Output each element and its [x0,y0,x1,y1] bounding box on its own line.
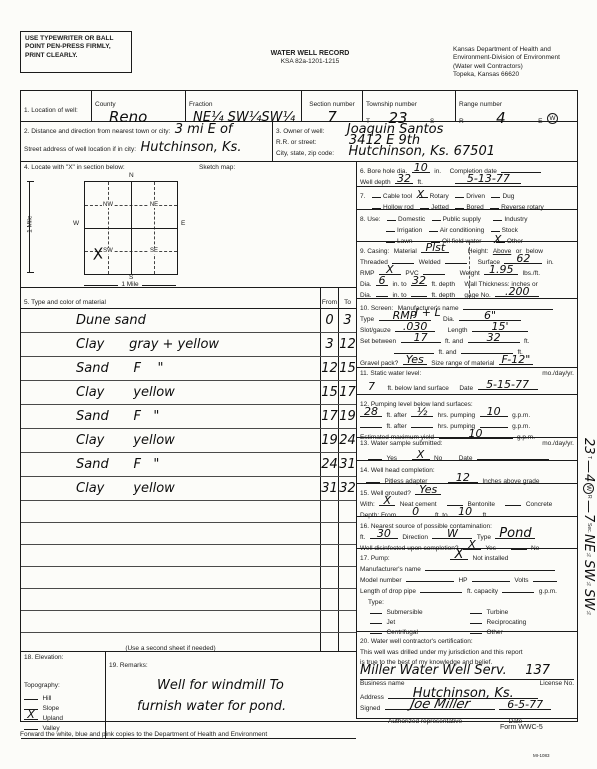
margin-section-value: 7 [581,514,596,522]
method-rotary: Rotary [430,193,449,200]
screen-slot-label: Slot/gauze [360,327,391,334]
sketch-map-label: Sketch map: [199,164,235,172]
margin-location-note: 23 T — 4 W R — 7 Sec. NE ¼ SW ¼ SW ¼ [581,438,596,617]
instruction-box: USE TYPEWRITER OR BALL POINT PEN-PRESS F… [20,31,132,73]
material-row: Sand F " 17 19 [21,405,356,429]
section-17-pump: 17. Pump: X Not installed Manufacturer's… [357,549,577,632]
margin-range-value: 4 [581,474,596,482]
pump-label: 17. Pump: [360,555,390,562]
date-format-label: mo./day/yr. [542,440,574,451]
section-8-use: 8. Use: Domestic Public supply Industry … [357,210,577,242]
contamination-type-value: Pond [495,529,535,539]
from-value: 31 [321,481,338,496]
margin-w-circled: W [583,483,594,494]
use-public-supply: Public supply [443,216,481,223]
gage-value: .200 [495,287,539,297]
casing-dia-label: Dia. [360,281,372,288]
screen-set-to: 32 [468,333,520,343]
material-value: Sand F " [76,361,164,376]
use-number: 8. Use: [360,216,381,223]
north-label: N [129,172,134,180]
nw-label: NW [102,202,114,208]
authorized-representative-label: Authorized representative [388,718,462,725]
borehole-dia-value: 10 [412,163,430,173]
agency-line: Kansas Department of Health and [453,46,593,54]
east-label: E [181,220,185,228]
static-level-value: 7 [368,380,375,393]
water-well-record-form: USE TYPEWRITER OR BALL POINT PEN-PRESS F… [0,0,597,769]
west-label: W [73,220,79,228]
rotary-x-mark: X [417,190,425,200]
certification-label: 20. Water well contractor's certificatio… [360,638,473,645]
county-label: County [95,101,116,108]
gravel-pack-value: Yes [403,355,427,365]
range-cell: Range number R 4 E W [456,91,577,121]
distance-value: 3 mi E of [175,122,233,137]
material-row: Sand F " 24 31 [21,453,356,477]
material-value: Clay gray + yellow [76,337,219,352]
location-label: 1. Location of well: [24,107,78,115]
fraction-label: Fraction [189,101,212,108]
hrs-pumping-label: hrs. pumping [438,412,476,419]
use-air-conditioning: Air conditioning [440,227,484,234]
from-header: From [322,299,337,306]
to-value: 24 [339,433,356,448]
below-land-label: ft. below land surface [387,385,448,392]
section-5-materials: 5. Type and color of material From To Du… [21,288,356,652]
center-line [85,228,177,229]
row-location: 1. Location of well: County Reno Fractio… [21,91,577,122]
city-value: Hutchinson, Ks. 67501 [349,144,496,159]
material-value: Clay yellow [76,433,175,448]
date-label: Date [459,385,473,392]
from-value: 15 [321,385,338,400]
material-value: Sand F " [76,409,159,424]
to-value: 3 [343,313,351,328]
section-4-locate: 4. Locate with "X" in section below: Ske… [21,162,356,288]
margin-dash: — [581,460,596,473]
section-10-screen: 10. Screen: Manufacturer's name J + L Ty… [357,299,577,368]
from-value: 3 [325,337,333,352]
materials-label: 5. Type and color of material [24,299,106,306]
casing-depth-value: 32 [411,276,427,286]
signature-value: Joe Miller [384,700,496,710]
from-value: 0 [325,313,333,328]
method-driven: Driven [466,193,485,200]
capacity-label: ft. capacity [467,588,498,595]
blank-material-row [21,501,356,523]
topo-upland-x-mark: X [24,710,38,720]
completion-date-value: 5-13-77 [455,174,521,184]
margin-t-label: T [585,456,592,459]
grout-to-value: 10 [452,507,478,517]
business-name-value: Miller Water Well Serv. [360,663,507,678]
distance-label: 2. Distance and direction from nearest t… [24,128,170,135]
section-18-elevation: 18. Elevation: Topography: Hill Slope X … [21,652,106,738]
not-installed-label: Not installed [473,555,509,562]
use-irrigation: Irrigation [397,227,422,234]
pumping-depth-value: 28 [360,407,382,417]
to-value: 15 [339,361,356,376]
date-format-label: mo./day/yr. [542,370,574,381]
blank-material-row [21,523,356,545]
township-cell: Township number T 23 S [363,91,456,121]
to-value: 12 [339,337,356,352]
blank-material-row [21,611,356,633]
material-row: Clay yellow 19 24 [21,429,356,453]
topography-label: Topography: [24,682,102,690]
agency-line: (Water well Contractors) [453,63,593,71]
screen-type-label: Type [360,316,374,323]
screen-dia-value: 6" [459,311,521,321]
method-dug: Dug [502,193,514,200]
material-row: Clay yellow 15 17 [21,381,356,405]
section-13-water-sample: 13. Water sample submitted: mo./day/yr. … [357,438,577,461]
owner-cell: 3. Owner of well: Joaquin Santos R.R. or… [273,122,577,161]
from-value: 24 [321,457,338,472]
casing-dia2-label: Dia. [360,292,372,299]
material-row: Clay gray + yellow 3 12 [21,333,356,357]
second-sheet-note: (Use a second sheet if needed) [125,645,215,652]
left-column: 4. Locate with "X" in section below: Ske… [21,162,356,721]
size-range-value: F-12" [499,355,533,365]
margin-quarter-sw: SW [581,560,596,581]
bottom-left-row: 18. Elevation: Topography: Hill Slope X … [21,652,356,739]
form-statute: KSA 82a-1201-1215 [225,58,395,66]
gpm-label: g.p.m. [512,412,530,419]
street-label: Street address of well location if in ci… [24,146,136,153]
rr-label: R.R. or street: [276,139,316,146]
gpm-label: g.p.m. [539,588,557,595]
casing-dia-value: 6 [376,276,388,286]
grout-with-label: With: [360,501,375,508]
section-7-method: 7. Cable tool XRotary Driven Dug Hollow … [357,187,577,210]
inches-above-grade-value: 12 [448,473,478,483]
ft-after-label: ft. after [386,412,406,419]
ft-label: ft. [360,534,365,541]
material-value: Clay yellow [76,385,175,400]
ne-label: NE [149,202,159,208]
instruction-line: USE TYPEWRITER OR BALL [25,35,127,43]
in-label: in. [547,259,554,266]
method-cable-tool: Cable tool [383,193,412,200]
copies-footnote: Forward the white, blue and pink copies … [20,731,267,739]
not-installed-x-mark: X [450,550,468,560]
to-value: 19 [339,409,356,424]
from-value: 19 [321,433,338,448]
lbs-label: lbs./ft. [523,270,540,277]
right-column: 6. Bore hole dia. 10 in. Completion date… [356,162,577,719]
sw-label: SW [102,248,114,254]
water-sample-label: 13. Water sample submitted: [360,440,542,451]
material-value: Sand F " [76,457,159,472]
use-industry: Industry [504,216,527,223]
instruction-line: PRINT CLEARLY. [25,52,127,60]
drop-pipe-label: Length of drop pipe [360,588,416,595]
agency-block: Kansas Department of Health and Environm… [453,46,593,80]
street-value: Hutchinson, Ks. [140,140,241,155]
section-grid: NW NE SW SE X [84,181,178,275]
signed-label: Signed [360,705,380,712]
remarks-label: 19. Remarks: [109,662,148,669]
elevation-label: 18. Elevation: [24,654,102,662]
location-label-cell: 1. Location of well: [21,91,92,121]
margin-township-value: 23 [581,438,596,455]
ft-depth-label: ft. depth [431,281,455,288]
section-14-well-head: 14. Well head completion: Pitless adapte… [357,461,577,484]
blank-material-row [21,567,356,589]
from-value: 12 [321,361,338,376]
margin-quarter-label: ¼ [585,611,592,617]
well-depth-value: 32 [395,174,413,184]
screen-set-label: Set between [360,338,396,345]
section-11-static-level: 11. Static water level: mo./day/yr. 7 ft… [357,368,577,395]
section-number-cell: Section number 7 [302,91,363,121]
blank-material-row [21,589,356,611]
county-cell: County Reno [92,91,186,121]
ft-label: ft. [418,179,423,186]
materials-header: 5. Type and color of material From To [21,288,356,309]
screen-dia-label: Dia. [443,316,455,323]
margin-dash: — [581,500,596,513]
blank-material-row [21,545,356,567]
material-value: Clay yellow [76,481,175,496]
to-header: To [344,299,351,306]
fraction-cell: Fraction NE¼ SW¼SW¼ [186,91,302,121]
material-row: Dune sand 0 3 [21,309,356,333]
neat-cement-x-mark: X [379,496,395,506]
margin-sec-label: Sec. [585,523,592,533]
ft-and-label: ft. and [438,349,456,356]
casing-number: 9. Casing: [360,248,389,255]
in-label: in. [434,168,441,175]
margin-quarter-label: ¼ [585,582,592,588]
method-number: 7. [360,193,365,200]
material-value: Dune sand [76,313,146,328]
grout-concrete: Concrete [526,501,552,508]
form-title: WATER WELL RECORD [225,49,395,58]
remarks-line: Well for windmill To [157,678,353,693]
section-16-contamination: 16. Nearest source of possible contamina… [357,517,577,549]
material-row: Clay yellow 31 32 [21,477,356,501]
section-12-pumping-level: 12. Pumping level below land surfaces: 2… [357,395,577,438]
city-label: City, state, zip code: [276,150,334,157]
contamination-distance-value: 30 [370,529,398,539]
to-value: 31 [339,457,356,472]
pump-volts-label: Volts [514,577,528,584]
instruction-line: POINT PEN-PRESS FIRMLY, [25,43,127,51]
sample-no-x-mark: X [412,450,430,460]
signed-date-value: 6-5-77 [499,700,551,710]
use-stock: Stock [502,227,518,234]
form-frame: 1. Location of well: County Reno Fractio… [20,90,578,722]
grout-from-value: 0 [401,507,431,517]
in-to-label: in. to [392,281,406,288]
pump-model-label: Model number [360,577,402,584]
township-label: Township number [366,101,417,108]
margin-r-label: R [585,495,592,499]
form-title-block: WATER WELL RECORD KSA 82a-1201-1215 [225,49,395,67]
license-number-label: License No. [540,680,574,690]
section-6-borehole: 6. Bore hole dia. 10 in. Completion date… [357,162,577,187]
well-head-label: 14. Well head completion: [360,467,435,474]
pumping-gpm-value: 10 [480,407,508,417]
print-code: MI-1083 [533,753,550,759]
se-label: SE [149,248,159,254]
agency-line: Topeka, Kansas 66620 [453,71,593,79]
row-owner: 2. Distance and direction from nearest t… [21,122,577,162]
section-number-label: Section number [309,101,355,108]
locate-label: 4. Locate with "X" in section below: [24,164,125,172]
size-range-label: Size range of material [431,360,494,367]
license-number-value: 137 [525,663,550,678]
remarks-line: furnish water for pond. [137,699,353,714]
gravel-pack-label: Gravel pack? [360,360,398,367]
from-value: 17 [321,409,338,424]
ft-depth-label: ft. depth [431,292,455,299]
screen-set-from: 17 [401,333,441,343]
pumping-hours-value: ½ [411,407,433,417]
ft-after-label: ft. after [386,423,406,430]
static-level-date: 5-15-77 [478,380,538,390]
range-label: Range number [459,101,502,108]
casing-weight-value: 1.95 [484,265,518,275]
vertical-mile-label: 1 Mile [26,216,34,233]
ft-label: ft. [524,338,529,345]
casing-material-value: Plst [421,243,449,253]
section-15-grouting: 15. Well grouted? Yes With: X Neat cemen… [357,484,577,517]
section-20-certification: 20. Water well contractor's certificatio… [357,632,577,719]
section-19-remarks: 19. Remarks: Well for windmill To furnis… [106,652,356,738]
margin-quarter-label: ¼ [585,553,592,559]
casing-divider [469,242,470,298]
distance-cell: 2. Distance and direction from nearest t… [21,122,273,161]
pump-mfr-label: Manufacturer's name [360,566,421,573]
to-value: 17 [339,385,356,400]
margin-quarter-ne: NE [581,534,596,552]
to-value: 32 [339,481,356,496]
direction-value: W [432,529,472,539]
grouted-value: Yes [415,485,441,495]
second-sheet-row: (Use a second sheet if needed) [21,633,356,652]
form-number: Form WWC-5 [500,723,543,732]
agency-line: Environment-Division of Environment [453,54,593,62]
direction-label: Direction [402,534,428,541]
margin-quarter-sw2: SW [581,589,596,610]
section-9-casing: 9. Casing: Material Plst Height: Above o… [357,242,577,299]
material-row: Sand F " 12 15 [21,357,356,381]
